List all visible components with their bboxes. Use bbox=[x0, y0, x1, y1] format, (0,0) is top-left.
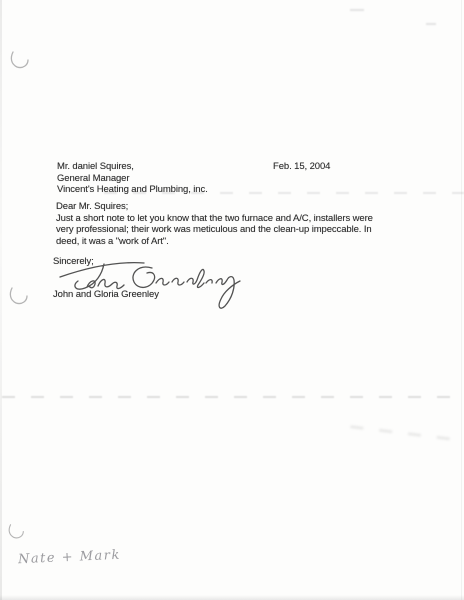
fold-crease-lower bbox=[2, 396, 462, 398]
recipient-company: Vincent's Heating and Plumbing, inc. bbox=[57, 184, 208, 196]
handwritten-note: Nate + Mark bbox=[18, 548, 121, 567]
scan-smudge bbox=[350, 9, 364, 11]
scan-edge-left bbox=[0, 0, 2, 600]
recipient-name: Mr. daniel Squires, bbox=[57, 161, 208, 173]
hook-mark-middle-icon bbox=[7, 286, 31, 306]
scanned-letter-page: Mr. daniel Squires, General Manager Vinc… bbox=[0, 0, 464, 600]
handwritten-signature bbox=[48, 255, 263, 313]
letter-date: Feb. 15, 2004 bbox=[273, 161, 330, 173]
hook-mark-bottom-icon bbox=[7, 523, 26, 540]
letter-body: Just a short note to let you know that t… bbox=[56, 213, 373, 248]
scan-edge-right bbox=[461, 0, 463, 600]
body-line: Just a short note to let you know that t… bbox=[56, 213, 373, 225]
salutation: Dear Mr. Squires; bbox=[56, 201, 128, 213]
recipient-block: Mr. daniel Squires, General Manager Vinc… bbox=[57, 161, 208, 196]
signature-typed-name: John and Gloria Greenley bbox=[53, 289, 159, 301]
body-line: deed, it was a "work of Art". bbox=[56, 236, 373, 248]
fold-crease-diagonal-right bbox=[350, 425, 462, 442]
hook-mark-top-icon bbox=[9, 50, 31, 70]
scan-edge-bottom bbox=[0, 595, 464, 600]
body-line: very professional; their work was meticu… bbox=[56, 224, 373, 236]
recipient-title: General Manager bbox=[57, 173, 208, 185]
scan-smudge bbox=[426, 23, 436, 25]
